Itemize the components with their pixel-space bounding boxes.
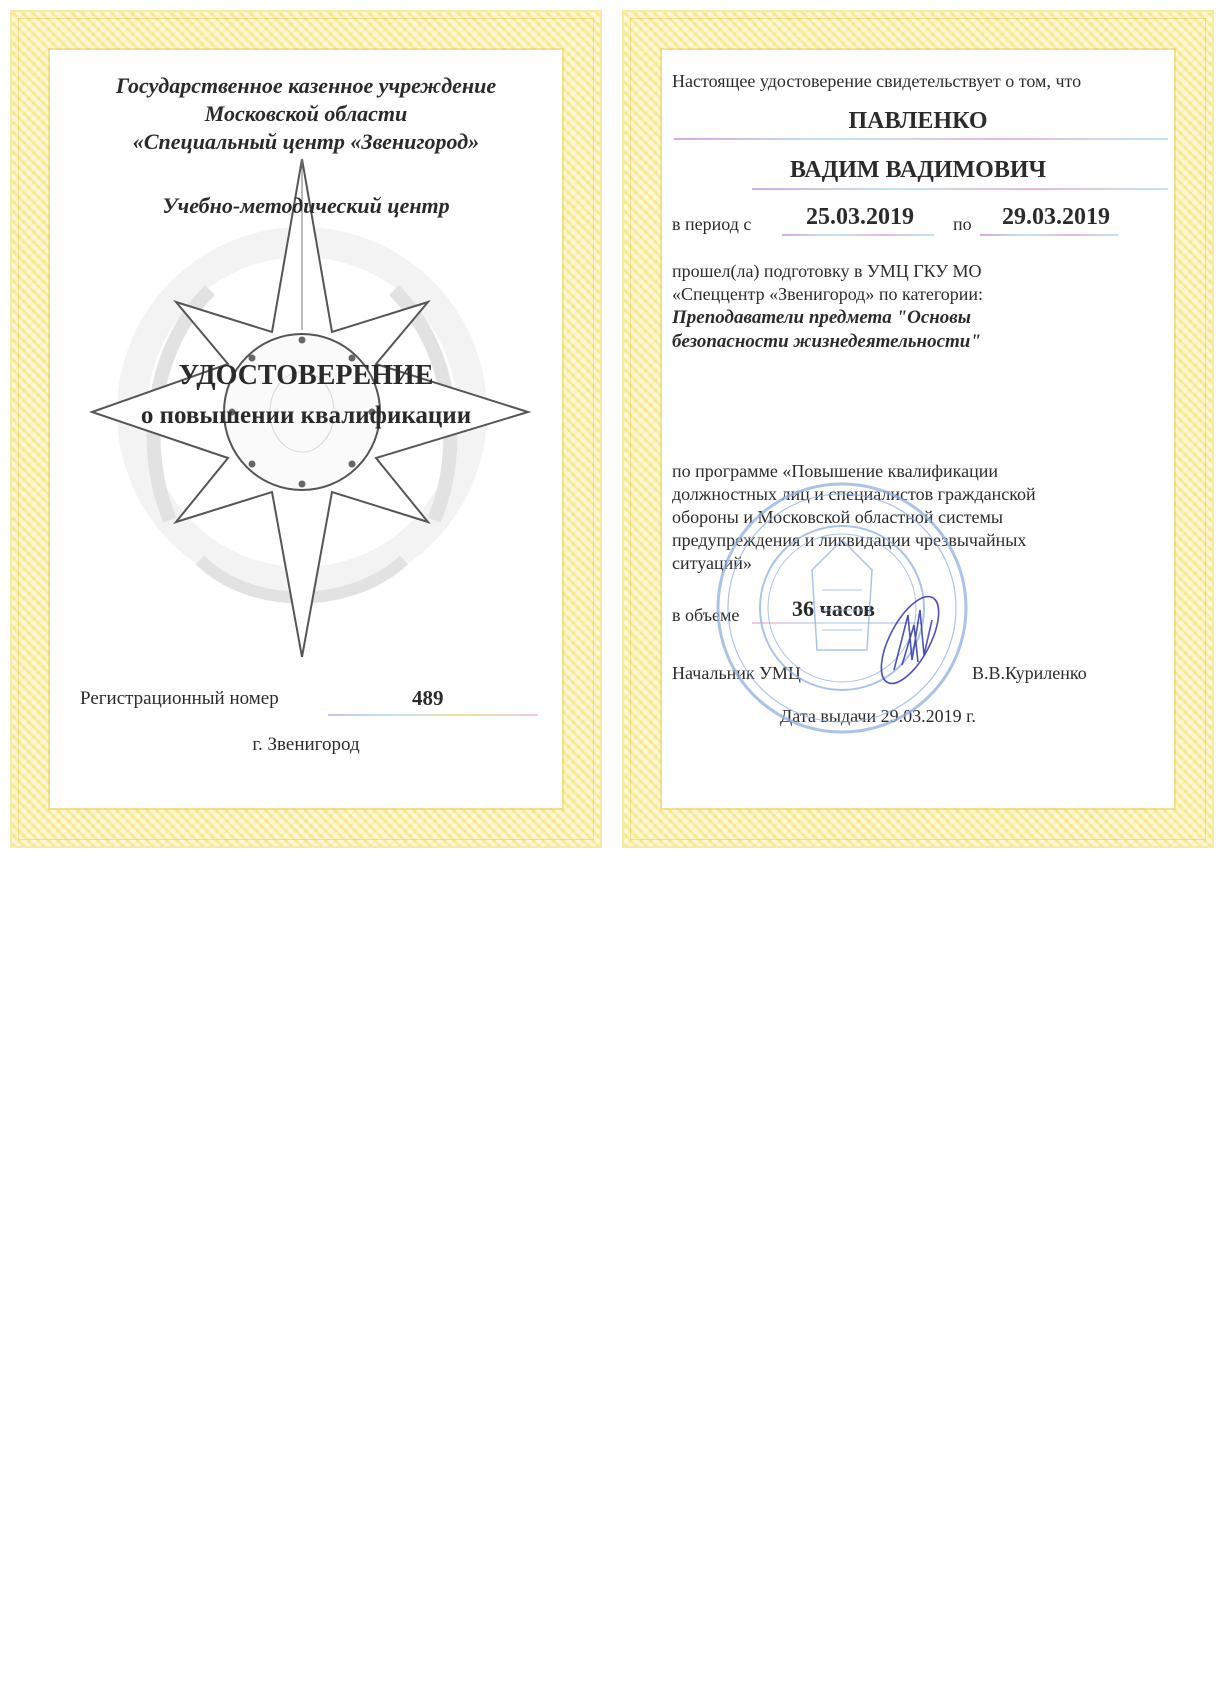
issue-date: Дата выдачи 29.03.2019 г. [780,705,976,728]
date-to-underline [980,234,1118,236]
cover-content: Государственное казенное учреждение Моск… [50,50,562,808]
chief-label: Начальник УМЦ [672,662,801,685]
category-line: безопасности жизнедеятельности" [672,330,1132,354]
training-statement: прошел(ла) подготовку в УМЦ ГКУ МО «Спец… [672,260,1132,306]
program-line: предупреждения и ликвидации чрезвычайных [672,529,1142,552]
certificate-title: УДОСТОВЕРЕНИЕ [50,360,562,392]
volume-underline [752,622,922,624]
org-line: Московской области [50,100,562,128]
given-names-underline [752,188,1168,190]
training-category: Преподаватели предмета "Основы безопасно… [672,306,1132,354]
registration-row: Регистрационный номер 489 [80,688,540,718]
unit-name: Учебно-методический центр [50,192,562,220]
holder-surname: ПАВЛЕНКО [662,108,1174,135]
organization-name: Государственное казенное учреждение Моск… [50,72,562,156]
registration-number: 489 [412,686,444,711]
city: г. Звенигород [50,734,562,756]
org-line: «Специальный центр «Звенигород» [50,128,562,156]
details-content: Настоящее удостоверение свидетельствует … [662,50,1174,808]
holder-given-names: ВАДИМ ВАДИМОВИЧ [662,157,1174,184]
program-line: обороны и Московской областной системы [672,506,1142,529]
program-line: по программе «Повышение квалификации [672,460,1142,483]
period-label: в период с [672,213,751,236]
volume-value: 36 часов [792,596,875,622]
training-line: прошел(ла) подготовку в УМЦ ГКУ МО [672,260,1132,283]
certificate-details-page: Настоящее удостоверение свидетельствует … [622,10,1214,848]
certificate-subtitle: о повышении квалификации [50,402,562,430]
category-line: Преподаватели предмета "Основы [672,306,1132,330]
program-line: должностных лиц и специалистов гражданск… [672,483,1142,506]
certificate-cover-page: Государственное казенное учреждение Моск… [10,10,602,848]
training-program: по программе «Повышение квалификации дол… [672,460,1142,575]
date-from: 25.03.2019 [806,204,914,231]
date-to: 29.03.2019 [1002,204,1110,231]
signature-icon [870,588,950,692]
chief-name: В.В.Куриленко [972,662,1087,685]
registration-label: Регистрационный номер [80,688,279,710]
intro-text: Настоящее удостоверение свидетельствует … [672,70,1081,93]
date-from-underline [782,234,934,236]
date-to-label: по [953,213,972,236]
registration-underline [328,714,538,716]
surname-underline [674,138,1168,140]
program-line: ситуаций» [672,552,1142,575]
org-line: Государственное казенное учреждение [50,72,562,100]
training-line: «Спеццентр «Звенигород» по категории: [672,283,1132,306]
volume-label: в объеме [672,604,739,627]
